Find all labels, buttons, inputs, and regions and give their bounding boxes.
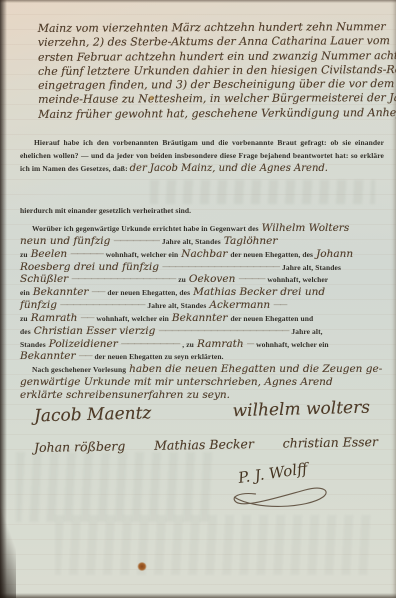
page-edge-shadow-top: [0, 0, 396, 3]
document-line: Nach geschehener Vorlesunghaben die neue…: [20, 359, 390, 372]
filler-dash: ——: [91, 287, 104, 296]
handwritten-segment: erklärte schreibensunerfahren zu seyn.: [20, 389, 230, 401]
witness-declaration-block: Worüber ich gegenwärtige Urkunde erricht…: [20, 218, 390, 398]
filler-dash: ————: [238, 274, 264, 283]
filler-dash: ——————————————————: [162, 262, 279, 271]
document-line: Worüber ich gegenwärtige Urkunde erricht…: [20, 218, 390, 231]
filler-dash: ——: [79, 351, 92, 360]
document-line: StandesPolizeidiener—————————, zuRamrath…: [20, 334, 390, 347]
document-line: zuBeelen—————wohnhaft, welcher einNachba…: [20, 244, 390, 257]
ink-bleedthrough: [150, 180, 375, 204]
document-page: Mainz vom vierzehnten März achtzehn hund…: [0, 0, 396, 598]
ink-stain: [137, 562, 147, 571]
signature-row-spouses: Jacob Maentzwilhelm wolters: [34, 398, 370, 427]
small-stain: [148, 95, 155, 101]
handwritten-line: meinde-Hause zu Nettesheim, in welcher B…: [38, 92, 390, 108]
document-line: Roesberg drei und fünfzig———————————————…: [20, 257, 390, 270]
document-line: zuRamrath——wohnhaft, welcher einBekannte…: [20, 308, 390, 321]
registrar-signature: P. J. Wolff: [226, 455, 338, 517]
filler-dash: —————: [70, 249, 103, 258]
signature-name: Johan rößberg: [34, 438, 126, 455]
signature-name: Mathias Becker: [154, 436, 254, 453]
filler-dash: —————————: [121, 339, 180, 348]
document-line: genwärtige Urkunde mit mir unterschriebe…: [20, 372, 390, 385]
page-corner-shadow: [0, 508, 16, 598]
ink-bleedthrough: [55, 515, 375, 575]
signature-name: wilhelm wolters: [232, 398, 370, 422]
printed-declaration-paragraph: Hierauf habe ich den vorbenannten Bräuti…: [20, 135, 384, 175]
ink-bleedthrough: [16, 452, 216, 522]
married-statement-line: hierdurch mit einander gesetzlich verhei…: [20, 206, 191, 215]
document-line: fünfzig—————————————Jahre alt, StandesAc…: [20, 295, 390, 308]
filler-dash: ——: [80, 313, 93, 322]
page-edge-shadow-bottom: [0, 593, 396, 598]
filler-dash: —: [247, 339, 254, 348]
handwritten-line: Mainz früher gewohnt hat, geschehene Ver…: [38, 106, 390, 122]
document-line: Bekannter——der neuen Ehegatten zu seyn e…: [20, 346, 390, 359]
filler-dash: —————————————: [60, 300, 145, 309]
registrar-signature-text: P. J. Wolff: [236, 459, 311, 487]
signature-flourish: [234, 488, 326, 506]
filler-dash: ————————————————————: [158, 326, 288, 335]
document-line: desChristian Esser vierzig——————————————…: [20, 321, 390, 334]
filler-dash: ————————————————: [71, 274, 175, 283]
printed-segment: wohnhaft, welcher ein: [256, 340, 329, 349]
filler-dash: ——: [273, 300, 286, 309]
document-line: erklärte schreibensunerfahren zu seyn.: [20, 385, 390, 398]
handwritten-line: vierzehn, 2) des Sterbe-Aktums der Anna …: [38, 34, 390, 50]
filler-dash: ———————: [113, 236, 159, 245]
signature-name: Jacob Maentz: [34, 403, 152, 426]
document-line: einBekannter——der neuen Ehegatten, desMa…: [20, 282, 390, 295]
handwritten-spouse-names: der Jacob Mainz, und die Agnes Arend.: [130, 163, 328, 174]
signature-name: christian Esser: [283, 434, 379, 451]
signature-row-witnesses: Johan rößbergMathias Beckerchristian Ess…: [34, 434, 378, 455]
handwritten-intro-block: Mainz vom vierzehnten März achtzehn hund…: [38, 20, 391, 122]
